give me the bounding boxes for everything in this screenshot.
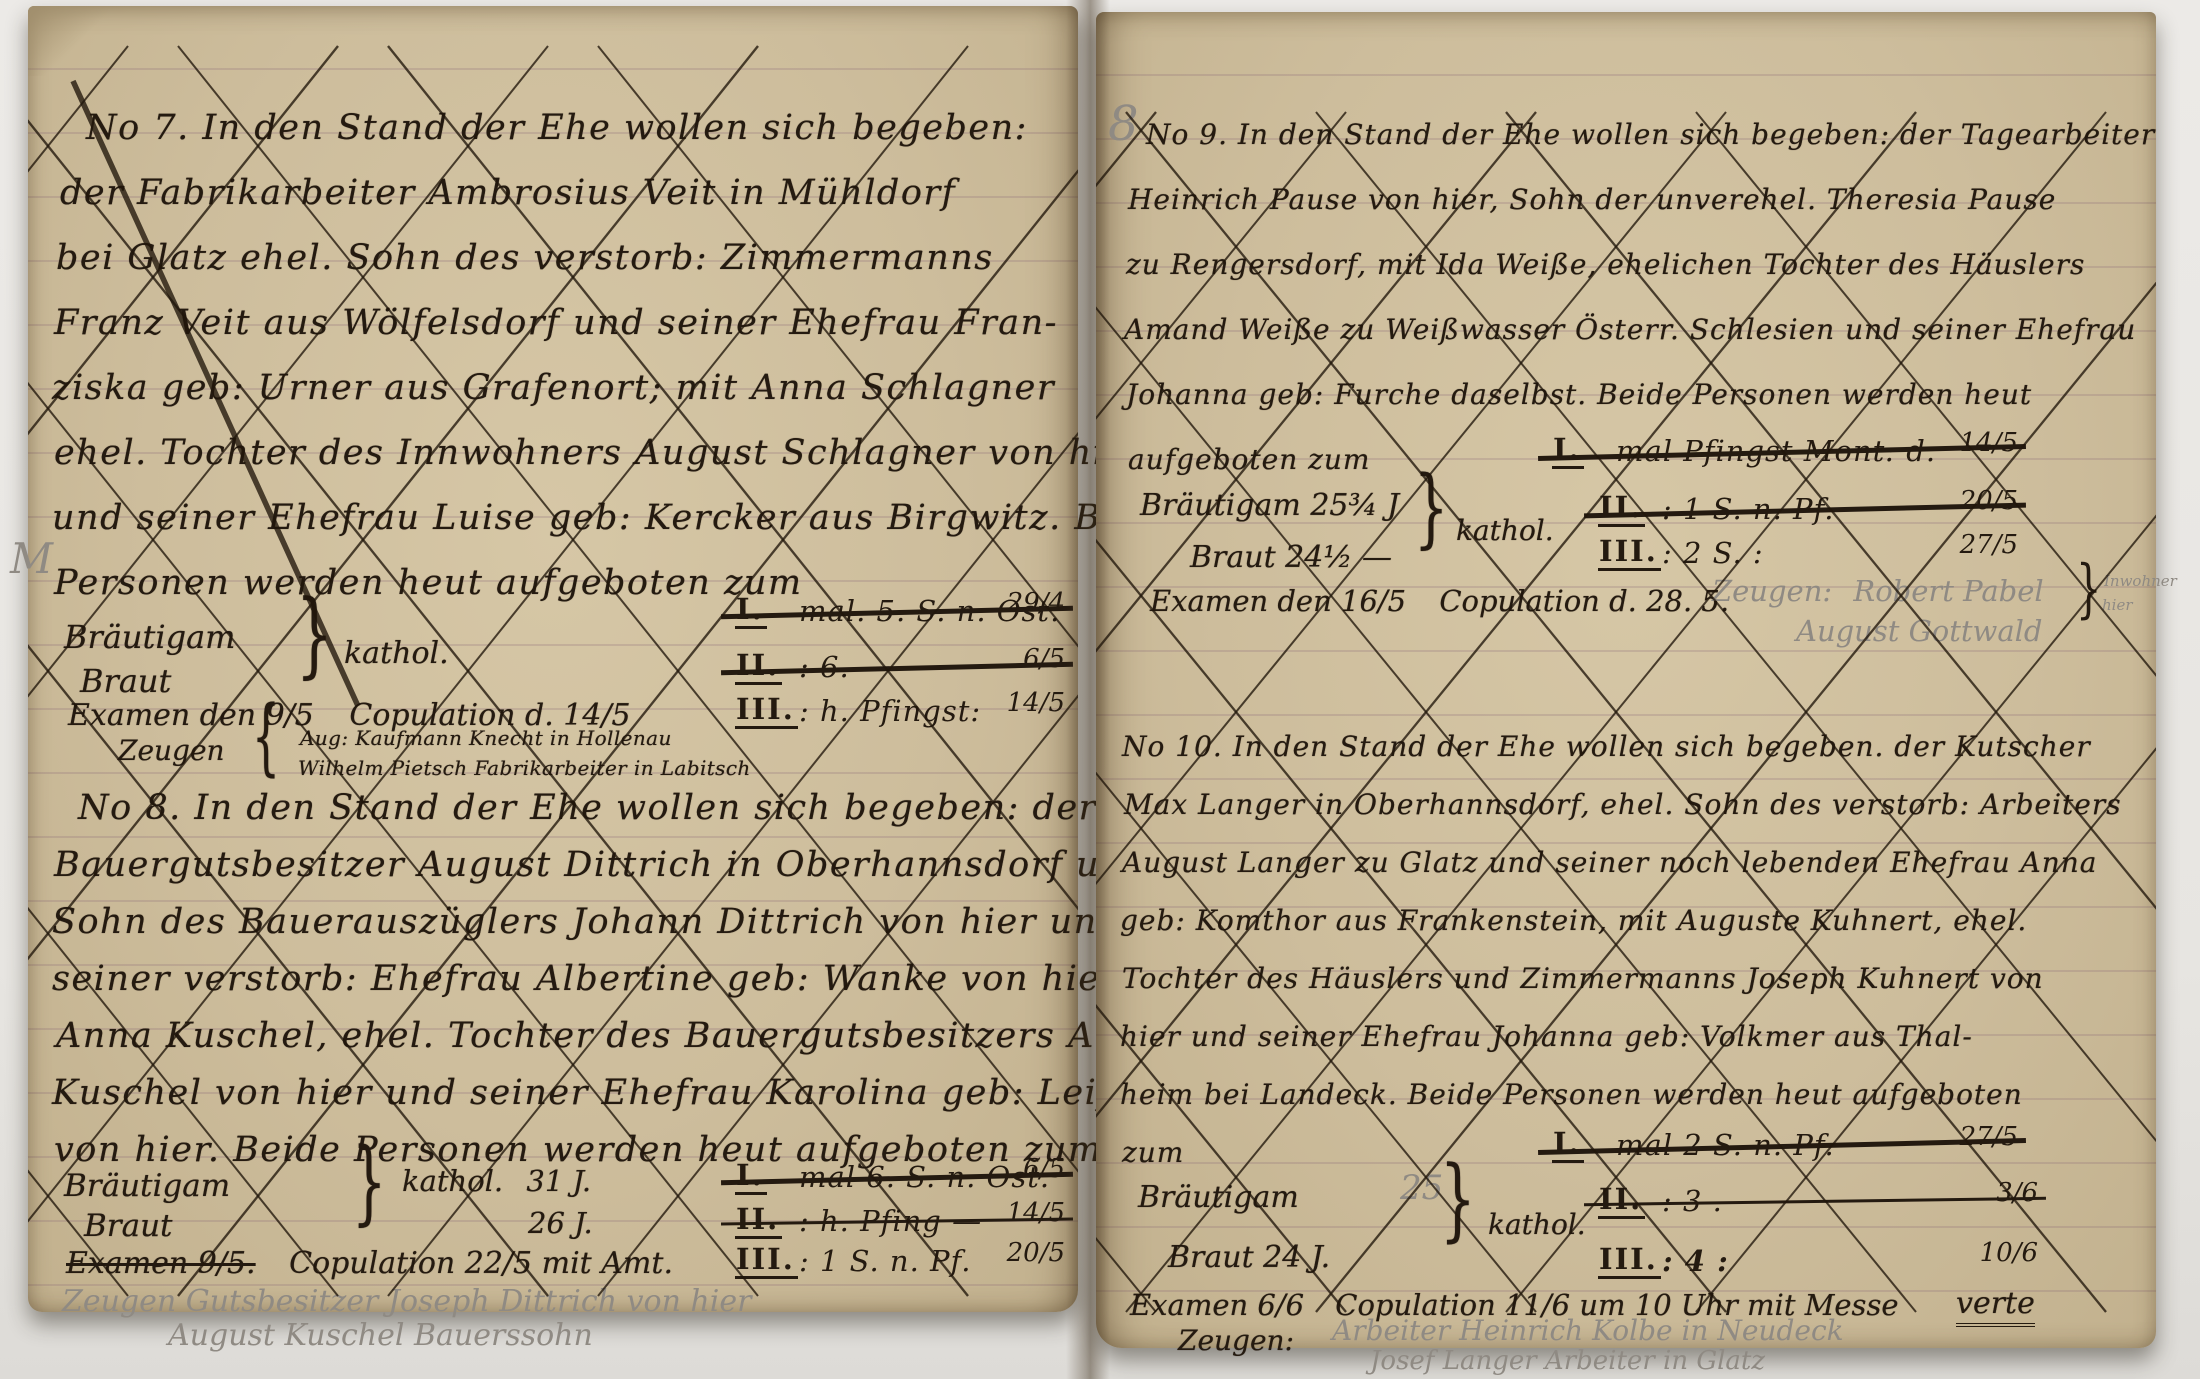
banns-text: mal Pfingst Mont: d.: [1616, 434, 1936, 468]
entry9-witnesses-pencil: Zeugen: Robert Pabel: [1712, 574, 2044, 608]
entry8-line: Bauergutsbesitzer August Dittrich in Obe…: [54, 845, 1148, 885]
banns-text: : h. Pfing —: [799, 1204, 982, 1238]
banns-date: 10/6: [1980, 1238, 2038, 1268]
exam: Examen den 16/5: [1150, 584, 1406, 618]
banns-numeral: III.: [1598, 534, 1661, 571]
witness: Robert Pabel: [1841, 574, 2043, 608]
entry7-witness: Aug: Kaufmann Knecht in Hollenau: [300, 726, 672, 750]
entry10-groom-label: Bräutigam: [1138, 1180, 1299, 1215]
entry9-witness-note: Inwohner: [2104, 572, 2177, 590]
scanned-register-spread: { "pencil_notes": { "page_number": "8", …: [0, 0, 2200, 1379]
entry10-line: zum: [1122, 1136, 1184, 1169]
pencil-page-number: 8: [1108, 96, 1139, 152]
entry7-line: No 7. In den Stand der Ehe wollen sich b…: [86, 108, 1028, 148]
entry9-brace: }: [1414, 457, 1448, 558]
entry8-banns-row-1: I. mal 6. S. n. Ost. 6/5: [735, 1158, 1065, 1200]
entry7-line: der Fabrikarbeiter Ambrosius Veit in Müh…: [60, 173, 956, 213]
entry7-brace: }: [296, 580, 333, 689]
entry7-line: ziska geb: Urner aus Grafenort; mit Anna…: [52, 368, 1055, 408]
entry7-confession: kathol.: [344, 636, 449, 671]
entry10-line: geb: Komthor aus Frankenstein, mit Augus…: [1120, 904, 2027, 937]
margin-pencil-mark: M: [10, 534, 53, 583]
entry8-confession-age: kathol. 31 J.: [402, 1164, 591, 1198]
banns-date: 20/5: [1960, 486, 2018, 516]
entry10-line: August Langer zu Glatz und seiner noch l…: [1122, 846, 2098, 879]
entry10-line: Max Langer in Oberhannsdorf, ehel. Sohn …: [1124, 788, 2122, 821]
entry9-witness: August Gottwald: [1796, 614, 2043, 648]
banns-numeral: I.: [1552, 1126, 1584, 1163]
entry7-bride-label: Braut: [80, 662, 171, 700]
entry10-line: No 10. In den Stand der Ehe wollen sich …: [1122, 730, 2091, 763]
banns-date: 27/5: [1960, 1122, 2018, 1152]
entry7-line: Personen werden heut aufgeboten zum: [54, 563, 803, 603]
entry10-line: Tochter des Häuslers und Zimmermanns Jos…: [1122, 962, 2044, 995]
exam: Examen 9/5.: [66, 1246, 256, 1281]
verte-note: verte: [1956, 1286, 2035, 1321]
entry9-witness-brace: }: [2076, 552, 2101, 626]
banns-date: 14/5: [1007, 1198, 1065, 1228]
entry9-line: zu Rengersdorf, mit Ida Weiße, ehelichen…: [1126, 248, 2085, 281]
entry10-line: hier und seiner Ehefrau Johanna geb: Vol…: [1120, 1020, 1973, 1053]
entry7-line: und seiner Ehefrau Luise geb: Kercker au…: [52, 498, 1183, 538]
banns-text: mal 6. S. n. Ost.: [799, 1160, 1050, 1194]
entry10-groom-age-pencil: 25: [1400, 1168, 1443, 1208]
banns-numeral: II.: [735, 1202, 782, 1239]
entry9-exam-line: Examen den 16/5 Copulation d. 28. 5.: [1150, 584, 1729, 618]
exam: Examen 6/6: [1130, 1288, 1304, 1322]
witnesses-label: Zeugen:: [1712, 574, 1832, 608]
entry9-bride-label: Braut 24½ —: [1190, 540, 1392, 575]
confession: kathol.: [402, 1164, 503, 1198]
entry10-banns-row-2: II. : 3 . 3/6: [1598, 1182, 2038, 1224]
entry10-line: heim bei Landeck. Beide Personen werden …: [1120, 1078, 2023, 1111]
banns-date: 29/4: [1007, 588, 1065, 618]
entry10-banns-row-1: I. mal 2 S. n. Pf. 27/5: [1552, 1126, 2018, 1168]
banns-numeral: II.: [1598, 1182, 1645, 1219]
banns-date: 27/5: [1960, 530, 2018, 560]
entry10-confession: kathol.: [1488, 1208, 1586, 1241]
entry7-line: Franz Veit aus Wölfelsdorf und seiner Eh…: [54, 303, 1058, 343]
banns-numeral: III.: [1598, 1242, 1661, 1279]
entry9-banns-row-1: I. mal Pfingst Mont: d. 14/5: [1552, 432, 2018, 474]
entry8-line: seiner verstorb: Ehefrau Albertine geb: …: [52, 959, 1208, 999]
banns-numeral: III.: [735, 1242, 798, 1279]
copulation: Copulation 22/5 mit Amt.: [265, 1246, 673, 1281]
banns-date: 6/5: [1023, 644, 1065, 674]
entry8-line: Anna Kuschel, ehel. Tochter des Bauergut…: [56, 1016, 1200, 1056]
entry9-banns-row-3: III. : 2 S. : 27/5: [1598, 534, 2018, 576]
entry7-line: bei Glatz ehel. Sohn des verstorb: Zimme…: [56, 238, 994, 278]
entry8-witnesses-pencil: Zeugen Gutsbesitzer Joseph Dittrich von …: [62, 1284, 751, 1319]
entry8-line: Sohn des Bauerauszüglers Johann Dittrich…: [52, 902, 1122, 942]
banns-numeral: I.: [735, 1158, 767, 1195]
entry9-witness-note: hier: [2102, 596, 2133, 614]
banns-text: : 1 S. n. Pf.: [1662, 492, 1834, 526]
entry7-witnesses-label: Zeugen: [118, 734, 225, 767]
banns-text: : h. Pfingst:: [799, 694, 981, 728]
entry9-line: No 9. In den Stand der Ehe wollen sich b…: [1146, 118, 2155, 151]
entry8-banns-row-3: III. : 1 S. n. Pf. 20/5: [735, 1242, 1065, 1284]
entry7-line: ehel. Tochter des Innwohners August Schl…: [54, 433, 1146, 473]
entry7-witness-brace: {: [252, 689, 280, 786]
entry9-line: Heinrich Pause von hier, Sohn der unvere…: [1128, 183, 2056, 216]
entry10-bride-label: Braut 24 J.: [1168, 1240, 1330, 1275]
entry9-groom-label: Bräutigam 25¾ J: [1140, 488, 1399, 523]
banns-date: 20/5: [1007, 1238, 1065, 1268]
entry8-groom-label: Bräutigam: [64, 1168, 230, 1204]
entry10-witnesses-label: Zeugen:: [1178, 1324, 1294, 1357]
entry10-witness-pencil: Josef Langer Arbeiter in Glatz: [1370, 1346, 1765, 1376]
banns-date: 14/5: [1960, 428, 2018, 458]
groom-age: 31 J.: [512, 1164, 591, 1198]
entry8-brace: }: [352, 1128, 386, 1235]
entry8-line: No 8. In den Stand der Ehe wollen sich b…: [78, 788, 1097, 828]
entry8-line: Kuschel von hier und seiner Ehefrau Karo…: [52, 1073, 1152, 1113]
banns-numeral: II.: [1598, 490, 1645, 527]
banns-date: 3/6: [1996, 1178, 2038, 1208]
banns-date: 6/5: [1023, 1154, 1065, 1184]
entry9-banns-row-2: II. : 1 S. n. Pf. 20/5: [1598, 490, 2018, 532]
entry8-witnesses-pencil: August Kuschel Bauerssohn: [168, 1318, 593, 1353]
entry7-witness: Wilhelm Pietsch Fabrikarbeiter in Labits…: [298, 756, 751, 780]
entry9-line: Amand Weiße zu Weißwasser Österr. Schles…: [1124, 313, 2136, 346]
entry10-witness-pencil: Arbeiter Heinrich Kolbe in Neudeck: [1332, 1314, 1844, 1347]
entry10-brace: }: [1440, 1149, 1476, 1253]
entry8-bride-label: Braut: [84, 1208, 173, 1244]
entry7-banns-row-2: II. : 6. — 6/5: [735, 648, 1065, 690]
banns-text: : 6. —: [799, 650, 890, 684]
entry9-confession: kathol.: [1456, 514, 1554, 547]
entry7-banns-row-3: III. : h. Pfingst: 14/5: [735, 692, 1065, 734]
banns-text: : 1 S. n. Pf.: [799, 1244, 971, 1278]
banns-text: : 2 S. :: [1662, 536, 1764, 570]
banns-numeral: I.: [1552, 432, 1584, 469]
entry8-exam-line: Examen 9/5. Copulation 22/5 mit Amt.: [66, 1246, 673, 1281]
copulation: Copulation d. 28. 5.: [1415, 584, 1729, 618]
banns-numeral: III.: [735, 692, 798, 729]
entry7-groom-label: Bräutigam: [64, 618, 236, 656]
banns-numeral: I.: [735, 592, 767, 629]
banns-text: : 4 :: [1662, 1244, 1729, 1278]
entry8-bride-age: 26 J.: [528, 1206, 593, 1240]
banns-date: 14/5: [1007, 688, 1065, 718]
entry10-banns-row-3: III. : 4 : 10/6: [1598, 1242, 2038, 1284]
banns-text: mal 2 S. n. Pf.: [1616, 1128, 1835, 1162]
entry7-banns-row-1: I. mal. 5. S. n. Ost. 29/4: [735, 592, 1065, 634]
entry9-line: Johanna geb: Furche daselbst. Beide Pers…: [1126, 378, 2032, 411]
banns-text: : 3 .: [1662, 1184, 1723, 1218]
entry9-line: aufgeboten zum: [1128, 443, 1370, 476]
banns-numeral: II.: [735, 648, 782, 685]
